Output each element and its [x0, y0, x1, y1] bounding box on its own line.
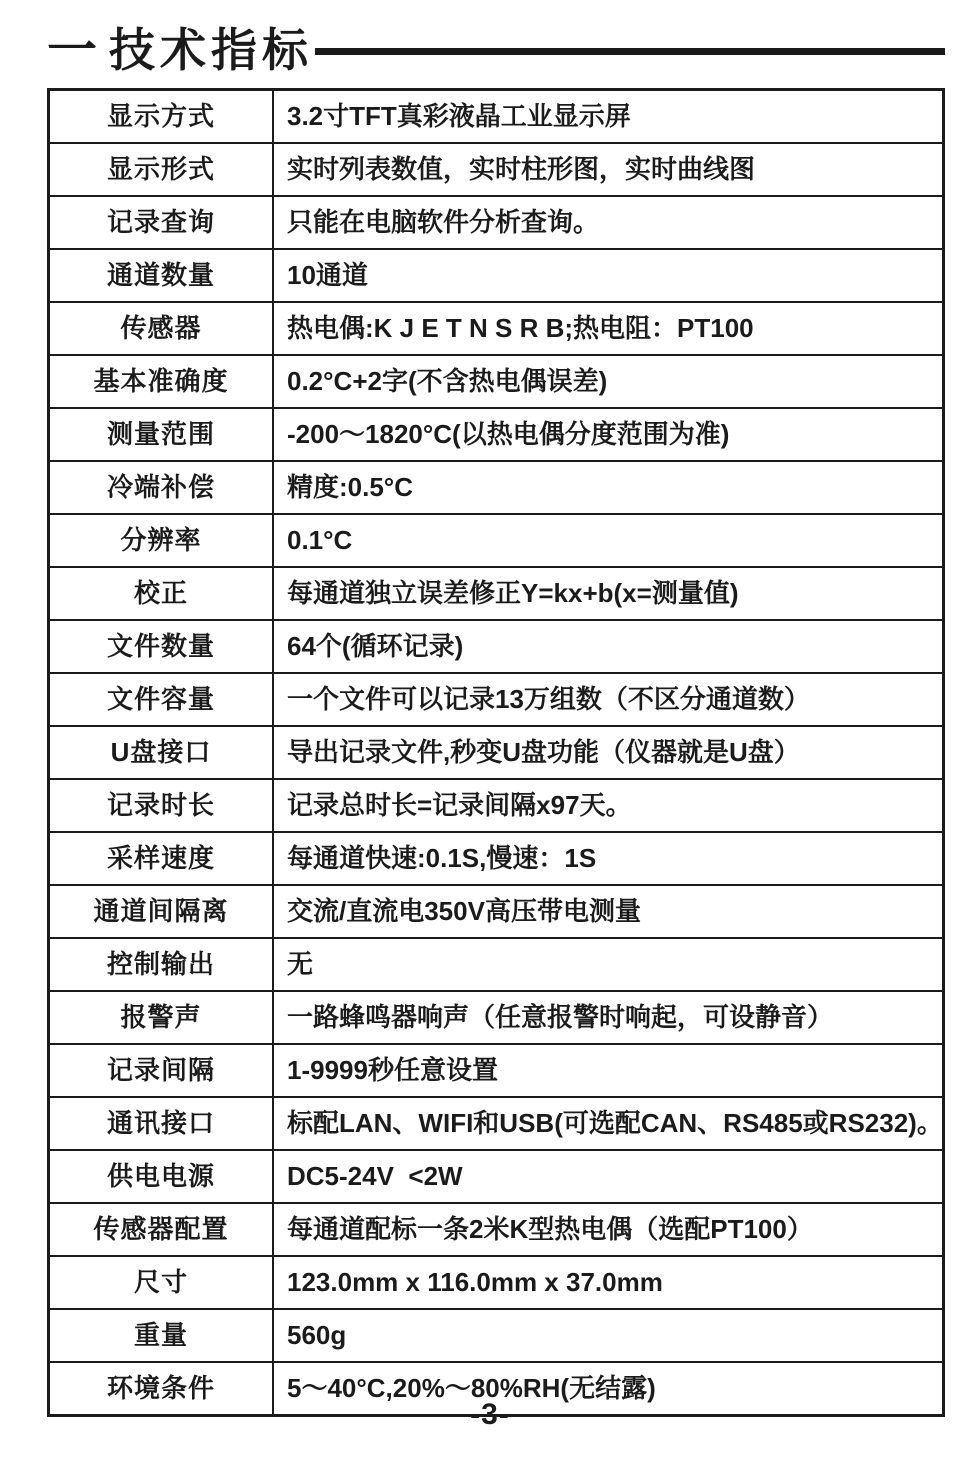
spec-value: 0.1°C	[273, 514, 944, 567]
spec-value: 实时列表数值，实时柱形图，实时曲线图	[273, 143, 944, 196]
spec-value: 123.0mm x 116.0mm x 37.0mm	[273, 1256, 944, 1309]
table-row: 分辨率 0.1°C	[49, 514, 944, 567]
table-row: 传感器 热电偶:K J E T N S R B;热电阻：PT100	[49, 302, 944, 355]
spec-table: 显示方式 3.2寸TFT真彩液晶工业显示屏 显示形式 实时列表数值，实时柱形图，…	[47, 88, 945, 1417]
spec-value: 每通道配标一条2米K型热电偶（选配PT100）	[273, 1203, 944, 1256]
table-row: 控制输出 无	[49, 938, 944, 991]
spec-label: 校正	[49, 567, 274, 620]
spec-value: 精度:0.5°C	[273, 461, 944, 514]
table-row: U盘接口 导出记录文件,秒变U盘功能（仪器就是U盘）	[49, 726, 944, 779]
page-number: -3-	[0, 1398, 980, 1432]
spec-label: 记录时长	[49, 779, 274, 832]
spec-label: 通道数量	[49, 249, 274, 302]
title-rule-line	[315, 48, 945, 55]
spec-label: 尺寸	[49, 1256, 274, 1309]
spec-label: 文件数量	[49, 620, 274, 673]
table-row: 显示方式 3.2寸TFT真彩液晶工业显示屏	[49, 90, 944, 144]
spec-label: 通讯接口	[49, 1097, 274, 1150]
spec-value: 每通道快速:0.1S,慢速：1S	[273, 832, 944, 885]
table-row: 记录时长 记录总时长=记录间隔x97天。	[49, 779, 944, 832]
table-row: 通讯接口 标配LAN、WIFI和USB(可选配CAN、RS485或RS232)。	[49, 1097, 944, 1150]
spec-label: 显示方式	[49, 90, 274, 144]
document-page: 一 技术指标 显示方式 3.2寸TFT真彩液晶工业显示屏 显示形式 实时列表数值…	[0, 0, 980, 1457]
spec-value: 无	[273, 938, 944, 991]
page-title: 技术指标	[109, 27, 313, 73]
table-row: 记录间隔 1-9999秒任意设置	[49, 1044, 944, 1097]
table-row: 通道数量 10通道	[49, 249, 944, 302]
spec-value: 标配LAN、WIFI和USB(可选配CAN、RS485或RS232)。	[273, 1097, 944, 1150]
spec-value: 3.2寸TFT真彩液晶工业显示屏	[273, 90, 944, 144]
spec-value: 交流/直流电350V高压带电测量	[273, 885, 944, 938]
spec-value: 64个(循环记录)	[273, 620, 944, 673]
table-row: 传感器配置 每通道配标一条2米K型热电偶（选配PT100）	[49, 1203, 944, 1256]
section-index-marker: 一	[47, 25, 97, 75]
table-row: 尺寸 123.0mm x 116.0mm x 37.0mm	[49, 1256, 944, 1309]
spec-label: 控制输出	[49, 938, 274, 991]
spec-label: 记录查询	[49, 196, 274, 249]
spec-value: 每通道独立误差修正Y=kx+b(x=测量值)	[273, 567, 944, 620]
spec-value: 记录总时长=记录间隔x97天。	[273, 779, 944, 832]
table-row: 文件数量 64个(循环记录)	[49, 620, 944, 673]
table-row: 冷端补偿 精度:0.5°C	[49, 461, 944, 514]
spec-label: 报警声	[49, 991, 274, 1044]
section-title: 一 技术指标	[47, 16, 945, 84]
table-row: 校正 每通道独立误差修正Y=kx+b(x=测量值)	[49, 567, 944, 620]
table-row: 文件容量 一个文件可以记录13万组数（不区分通道数）	[49, 673, 944, 726]
spec-label: 基本准确度	[49, 355, 274, 408]
spec-table-body: 显示方式 3.2寸TFT真彩液晶工业显示屏 显示形式 实时列表数值，实时柱形图，…	[49, 90, 944, 1416]
table-row: 通道间隔离 交流/直流电350V高压带电测量	[49, 885, 944, 938]
table-row: 供电电源 DC5-24V <2W	[49, 1150, 944, 1203]
spec-value: 只能在电脑软件分析查询。	[273, 196, 944, 249]
spec-value: 10通道	[273, 249, 944, 302]
spec-label: 传感器配置	[49, 1203, 274, 1256]
spec-label: U盘接口	[49, 726, 274, 779]
table-row: 记录查询 只能在电脑软件分析查询。	[49, 196, 944, 249]
table-row: 报警声 一路蜂鸣器响声（任意报警时响起，可设静音）	[49, 991, 944, 1044]
table-row: 重量 560g	[49, 1309, 944, 1362]
table-row: 采样速度 每通道快速:0.1S,慢速：1S	[49, 832, 944, 885]
spec-value: -200～1820°C(以热电偶分度范围为准)	[273, 408, 944, 461]
spec-label: 测量范围	[49, 408, 274, 461]
spec-label: 冷端补偿	[49, 461, 274, 514]
spec-label: 通道间隔离	[49, 885, 274, 938]
spec-label: 显示形式	[49, 143, 274, 196]
spec-value: 一路蜂鸣器响声（任意报警时响起，可设静音）	[273, 991, 944, 1044]
spec-label: 记录间隔	[49, 1044, 274, 1097]
spec-label: 重量	[49, 1309, 274, 1362]
spec-value: 0.2°C+2字(不含热电偶误差)	[273, 355, 944, 408]
table-row: 显示形式 实时列表数值，实时柱形图，实时曲线图	[49, 143, 944, 196]
spec-value: 导出记录文件,秒变U盘功能（仪器就是U盘）	[273, 726, 944, 779]
spec-value: 1-9999秒任意设置	[273, 1044, 944, 1097]
spec-value: 560g	[273, 1309, 944, 1362]
spec-label: 分辨率	[49, 514, 274, 567]
spec-value: 一个文件可以记录13万组数（不区分通道数）	[273, 673, 944, 726]
spec-value: 热电偶:K J E T N S R B;热电阻：PT100	[273, 302, 944, 355]
spec-label: 传感器	[49, 302, 274, 355]
spec-label: 采样速度	[49, 832, 274, 885]
spec-label: 供电电源	[49, 1150, 274, 1203]
spec-label: 文件容量	[49, 673, 274, 726]
spec-value: DC5-24V <2W	[273, 1150, 944, 1203]
table-row: 测量范围 -200～1820°C(以热电偶分度范围为准)	[49, 408, 944, 461]
table-row: 基本准确度 0.2°C+2字(不含热电偶误差)	[49, 355, 944, 408]
